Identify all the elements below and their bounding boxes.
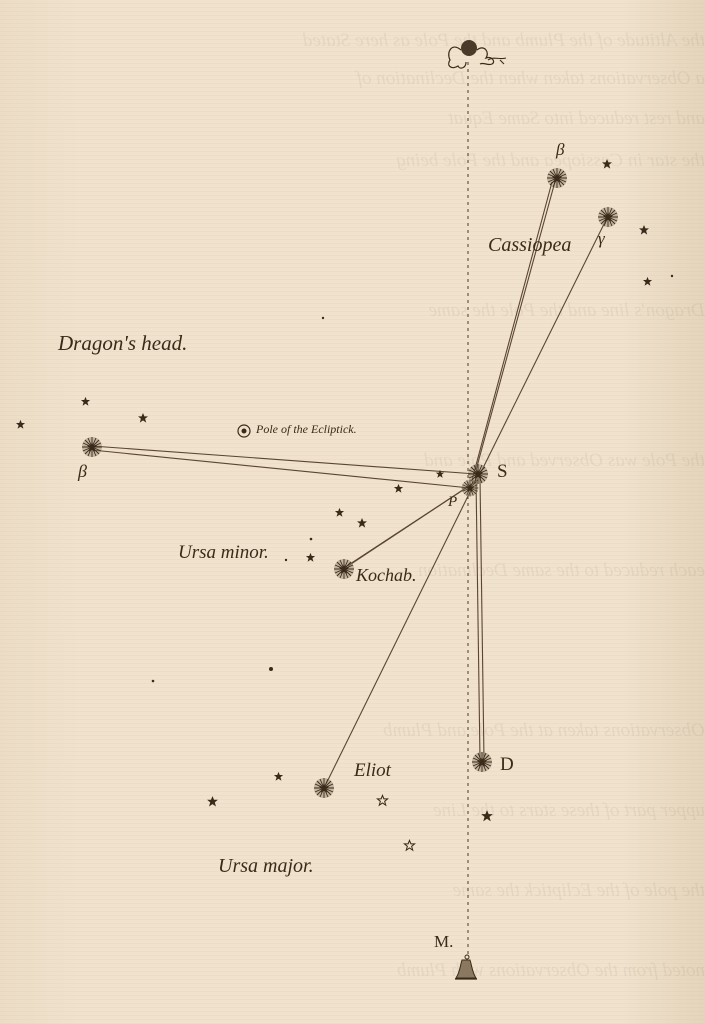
alignment-lines: [92, 178, 606, 784]
faint-dots: [152, 275, 674, 683]
label-pole-of-ecliptic: Pole of the Ecliptick.: [256, 422, 357, 437]
pole-of-ecliptic-icon: [238, 425, 250, 437]
label-d: D: [500, 754, 514, 776]
label-cassiopeia-gamma: γ: [598, 229, 605, 249]
s-point-cluster: [462, 464, 488, 496]
kochab-star: [334, 559, 354, 579]
label-s: S: [497, 461, 508, 483]
eliot-star: [314, 778, 334, 798]
label-ursa-major: Ursa major.: [218, 855, 314, 878]
hollow-stars: [377, 795, 414, 850]
cassiopeia-beta-star: [547, 168, 567, 188]
label-cassiopeia: Cassiopea: [488, 234, 571, 257]
label-cassiopeia-beta: β: [556, 140, 564, 160]
label-ursa-minor: Ursa minor.: [178, 542, 269, 564]
cassiopeia-gamma-star: [598, 207, 618, 227]
angel-head-icon: [449, 40, 506, 68]
bell-weight-icon: [455, 955, 477, 979]
label-kochab: Kochab.: [356, 565, 417, 586]
dragon-beta-star: [82, 437, 102, 457]
star-chart-drawing: [0, 0, 705, 1024]
label-dragon-beta: β: [78, 461, 87, 482]
minor-stars: [16, 159, 652, 821]
label-eliot: Eliot: [354, 760, 391, 782]
manuscript-page: the Altitude of the Plumb and the Pole a…: [0, 0, 705, 1024]
label-dragons-head: Dragon's head.: [58, 331, 187, 356]
label-m: M.: [434, 932, 453, 952]
label-p: P: [448, 494, 457, 511]
d-star: [472, 752, 492, 772]
